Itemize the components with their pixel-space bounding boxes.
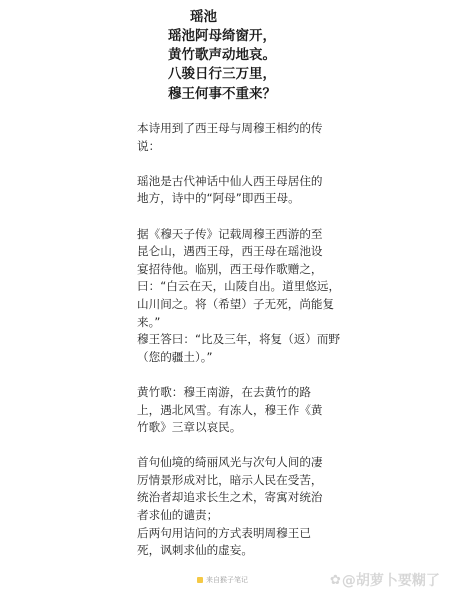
text-line: 宴招待他。临别，西王母作歌赠之， bbox=[137, 261, 309, 279]
text-line: 首句仙境的绮丽风光与次句人间的凄 bbox=[137, 454, 309, 472]
paragraph-mutianzizhuan: 据《穆天子传》记载周穆王西游的至 昆仑山，遇西王母，西王母在瑶池设 宴招待他。临… bbox=[137, 226, 309, 367]
text-line: 者求仙的谴责； bbox=[137, 507, 309, 525]
text-line: 来。” bbox=[137, 314, 309, 332]
poem-line: 黄竹歌声动地哀。 bbox=[168, 46, 348, 65]
poem-title: 瑶池 bbox=[168, 8, 348, 27]
text-line: 厉情景形成对比，暗示人民在受苦， bbox=[137, 472, 309, 490]
paragraph-analysis: 首句仙境的绮丽风光与次句人间的凄 厉情景形成对比，暗示人民在受苦， 统治者却追求… bbox=[137, 454, 309, 560]
watermark: ✿ @胡萝卜要糊了 bbox=[330, 570, 440, 590]
weibo-icon: ✿ bbox=[330, 573, 341, 588]
text-line: 地方，诗中的“阿母”即西王母。 bbox=[137, 190, 309, 208]
watermark-text: @胡萝卜要糊了 bbox=[342, 570, 440, 590]
article-body: 本诗用到了西王母与周穆王相约的传 说： 瑶池是古代神话中仙人西王母居住的 地方，… bbox=[137, 120, 309, 577]
note-icon bbox=[197, 577, 203, 583]
source-attribution[interactable]: 来自猴子笔记 bbox=[197, 575, 248, 585]
poem-block: 瑶池 瑶池阿母绮窗开， 黄竹歌声动地哀。 八骏日行三万里， 穆王何事不重来？ bbox=[168, 8, 348, 104]
text-line: 统治者却追求长生之术，寄寓对统治 bbox=[137, 489, 309, 507]
text-line: 本诗用到了西王母与周穆王相约的传 bbox=[137, 120, 309, 138]
paragraph-intro: 本诗用到了西王母与周穆王相约的传 说： bbox=[137, 120, 309, 155]
text-line: （您的疆土）。” bbox=[137, 349, 309, 367]
paragraph-yaochi: 瑶池是古代神话中仙人西王母居住的 地方，诗中的“阿母”即西王母。 bbox=[137, 173, 309, 208]
source-label: 来自猴子笔记 bbox=[206, 575, 248, 585]
text-line: 竹歌》三章以哀民。 bbox=[137, 419, 309, 437]
text-line: 死，讽刺求仙的虚妄。 bbox=[137, 542, 309, 560]
text-line: 后两句用诘问的方式表明周穆王已 bbox=[137, 525, 309, 543]
text-line: 山川间之。将（希望）子无死，尚能复 bbox=[137, 296, 309, 314]
poem-line: 瑶池阿母绮窗开， bbox=[168, 27, 348, 46]
text-line: 说： bbox=[137, 138, 309, 156]
text-line: 穆王答曰：“比及三年，将复（返）而野 bbox=[137, 331, 309, 349]
poem-line: 穆王何事不重来？ bbox=[168, 85, 348, 104]
poem-line: 八骏日行三万里， bbox=[168, 65, 348, 84]
text-line: 曰：“白云在天，山陵自出。道里悠远， bbox=[137, 278, 309, 296]
paragraph-huangzhuge: 黄竹歌：穆王南游，在去黄竹的路 上，遇北风雪。有冻人，穆王作《黄 竹歌》三章以哀… bbox=[137, 384, 309, 437]
text-line: 上，遇北风雪。有冻人，穆王作《黄 bbox=[137, 402, 309, 420]
text-line: 昆仑山，遇西王母，西王母在瑶池设 bbox=[137, 243, 309, 261]
text-line: 黄竹歌：穆王南游，在去黄竹的路 bbox=[137, 384, 309, 402]
text-line: 据《穆天子传》记载周穆王西游的至 bbox=[137, 226, 309, 244]
text-line: 瑶池是古代神话中仙人西王母居住的 bbox=[137, 173, 309, 191]
